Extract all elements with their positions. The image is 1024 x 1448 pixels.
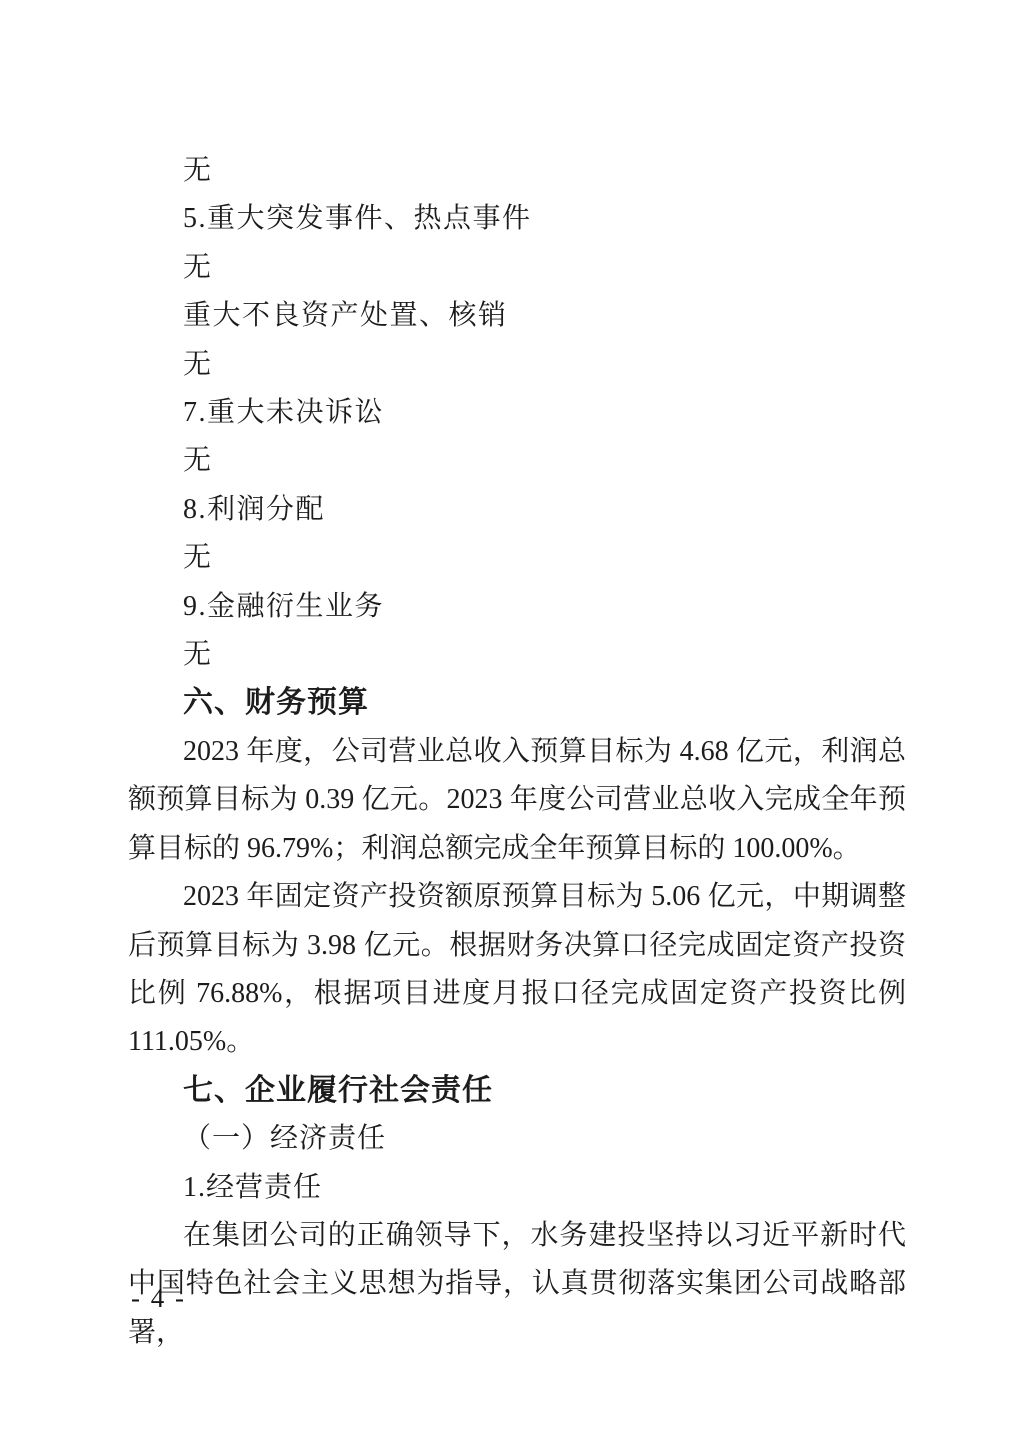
section-6-heading-finance-budget: 六、财务预算 [128,679,906,727]
document-body: 无 5.重大突发事件、热点事件 无 重大不良资产处置、核销 无 7.重大未决诉讼… [128,147,906,1357]
item-5-major-emergencies: 5.重大突发事件、热点事件 [128,195,906,243]
section-7-subheading-economic-responsibility: （一）经济责任 [128,1115,906,1163]
answer-none-4: 无 [128,437,906,485]
answer-none-6: 无 [128,631,906,679]
page-background: 无 5.重大突发事件、热点事件 无 重大不良资产处置、核销 无 7.重大未决诉讼… [0,0,1024,1448]
document-page: { "document": { "items": [ { "label": "无… [0,0,1024,1448]
answer-none-5: 无 [128,534,906,582]
section-7-paragraph-operating: 在集团公司的正确领导下，水务建投坚持以习近平新时代中国特色社会主义思想为指导，认… [128,1212,906,1357]
section-6-paragraph-revenue-budget: 2023 年度，公司营业总收入预算目标为 4.68 亿元，利润总额预算目标为 0… [128,728,906,873]
item-bad-asset-disposal: 重大不良资产处置、核销 [128,292,906,340]
section-7-heading-social-responsibility: 七、企业履行社会责任 [128,1067,906,1115]
section-6-paragraph-fixed-asset-investment: 2023 年固定资产投资额原预算目标为 5.06 亿元，中期调整后预算目标为 3… [128,873,906,1067]
item-9-financial-derivatives: 9.金融衍生业务 [128,583,906,631]
item-7-pending-litigation: 7.重大未决诉讼 [128,389,906,437]
answer-none-3: 无 [128,341,906,389]
answer-none-1: 无 [128,147,906,195]
item-8-profit-distribution: 8.利润分配 [128,486,906,534]
page-number: - 4 - [131,1283,186,1314]
section-7-subheading-operating-responsibility: 1.经营责任 [128,1164,906,1212]
answer-none-2: 无 [128,244,906,292]
